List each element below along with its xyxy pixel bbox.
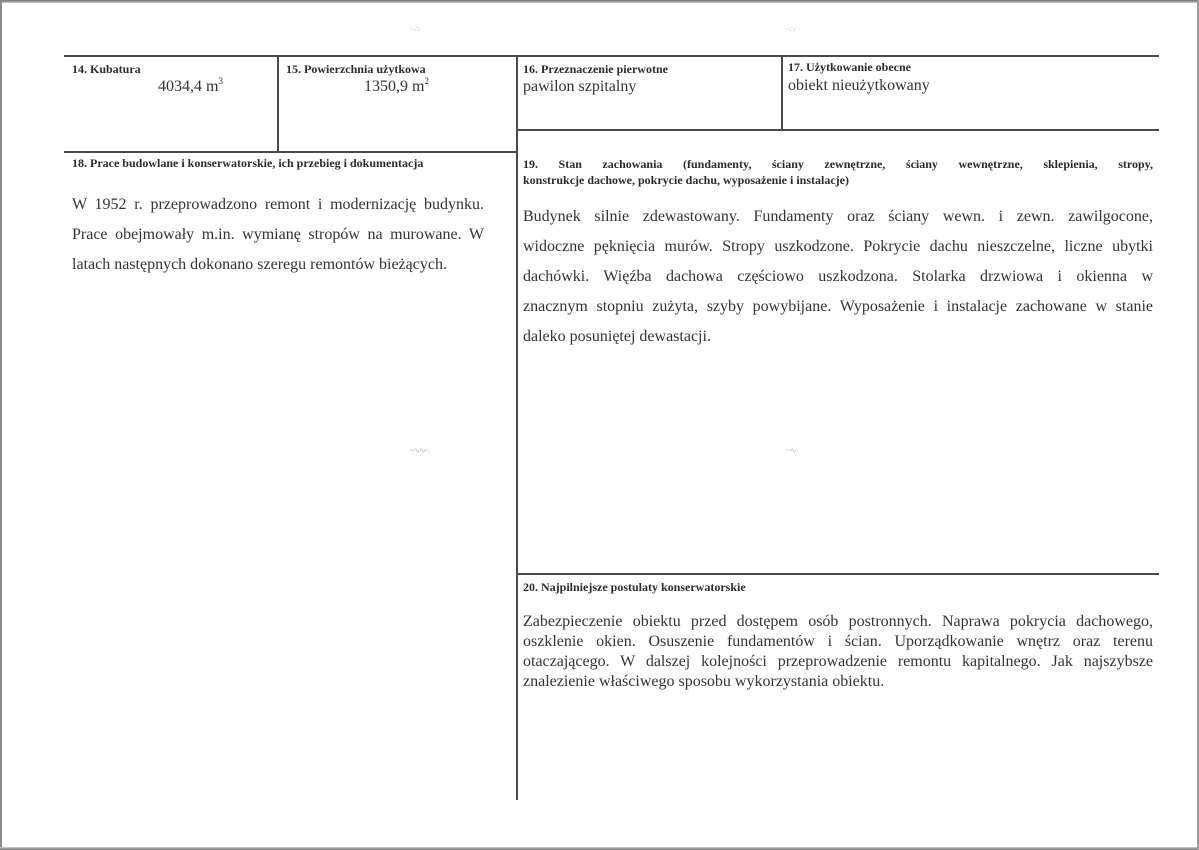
field-16-label: 16. Przeznaczenie pierwotne [523, 62, 668, 77]
scan-artifact: · ·∴· [785, 25, 795, 34]
field-18-line: W 1952 r. przeprowadzono remont i modern… [72, 190, 484, 220]
scan-artifact: ·~∿· [785, 446, 797, 455]
field-14-label: 14. Kubatura [72, 62, 141, 77]
field-18-text: W 1952 r. przeprowadzono remont i modern… [72, 190, 484, 280]
field-19-label: 19. Stan zachowania (fundamenty, ściany … [523, 156, 1153, 188]
field-20-line: otaczającego. W dalszej kolejności przep… [523, 652, 1153, 672]
field-20-label: 20. Najpilniejsze postulaty konserwators… [523, 580, 746, 595]
field-17-value: obiekt nieużytkowany [788, 77, 930, 95]
field-14-value: 4034,4 m3 [158, 78, 223, 96]
field-18-line: latach następnych dokonano szeregu remon… [72, 250, 484, 280]
field-14-exponent: 3 [218, 76, 223, 86]
field-20-text: Zabezpieczenie obiektu przed dostępem os… [523, 612, 1153, 692]
field-16-value: pawilon szpitalny [523, 78, 636, 96]
field-19-label-line: konstrukcje dachowe, pokrycie dachu, wyp… [523, 172, 1153, 188]
row-divider-14-15 [64, 151, 518, 153]
field-19-text: Budynek silnie zdewastowany. Fundamenty … [523, 202, 1153, 352]
field-19-line: daleko posuniętej dewastacji. [523, 322, 1153, 352]
field-17-label: 17. Użytkowanie obecne [788, 60, 911, 75]
divider-left-right [516, 55, 518, 800]
scan-artifact: ~∿∿~, [410, 446, 429, 455]
field-18-label: 18. Prace budowlane i konserwatorskie, i… [72, 156, 423, 171]
field-15-value: 1350,9 m2 [364, 78, 429, 96]
top-border-line [64, 55, 1159, 57]
field-19-label-line: 19. Stan zachowania (fundamenty, ściany … [523, 156, 1153, 172]
divider-16-17 [781, 55, 783, 130]
scan-edge-top [0, 0, 1199, 3]
scan-edge-left [0, 0, 2, 850]
field-20-line: znalezienie właściwego sposobu wykorzyst… [523, 672, 1153, 692]
divider-14-15 [277, 55, 279, 152]
scan-artifact: · ·∴· [410, 25, 420, 34]
field-19-line: widoczne pęknięcia murów. Stropy uszkodz… [523, 232, 1153, 262]
field-20-line: Zabezpieczenie obiektu przed dostępem os… [523, 612, 1153, 632]
row-divider-19-20 [516, 573, 1159, 575]
field-15-label: 15. Powierzchnia użytkowa [286, 62, 426, 77]
field-20-line: oszklenie okien. Osuszenie fundamentów i… [523, 632, 1153, 652]
field-15-exponent: 2 [424, 76, 429, 86]
field-19-line: dachówki. Więźba dachowa częściowo uszko… [523, 262, 1153, 292]
field-14-value-number: 4034,4 m [158, 78, 218, 95]
row-divider-16-17 [516, 129, 1159, 131]
field-15-value-number: 1350,9 m [364, 78, 424, 95]
field-19-line: Budynek silnie zdewastowany. Fundamenty … [523, 202, 1153, 232]
field-19-line: znacznym stopniu zużyta, szyby powybijan… [523, 292, 1153, 322]
field-18-line: Prace obejmowały m.in. wymianę stropów n… [72, 220, 484, 250]
